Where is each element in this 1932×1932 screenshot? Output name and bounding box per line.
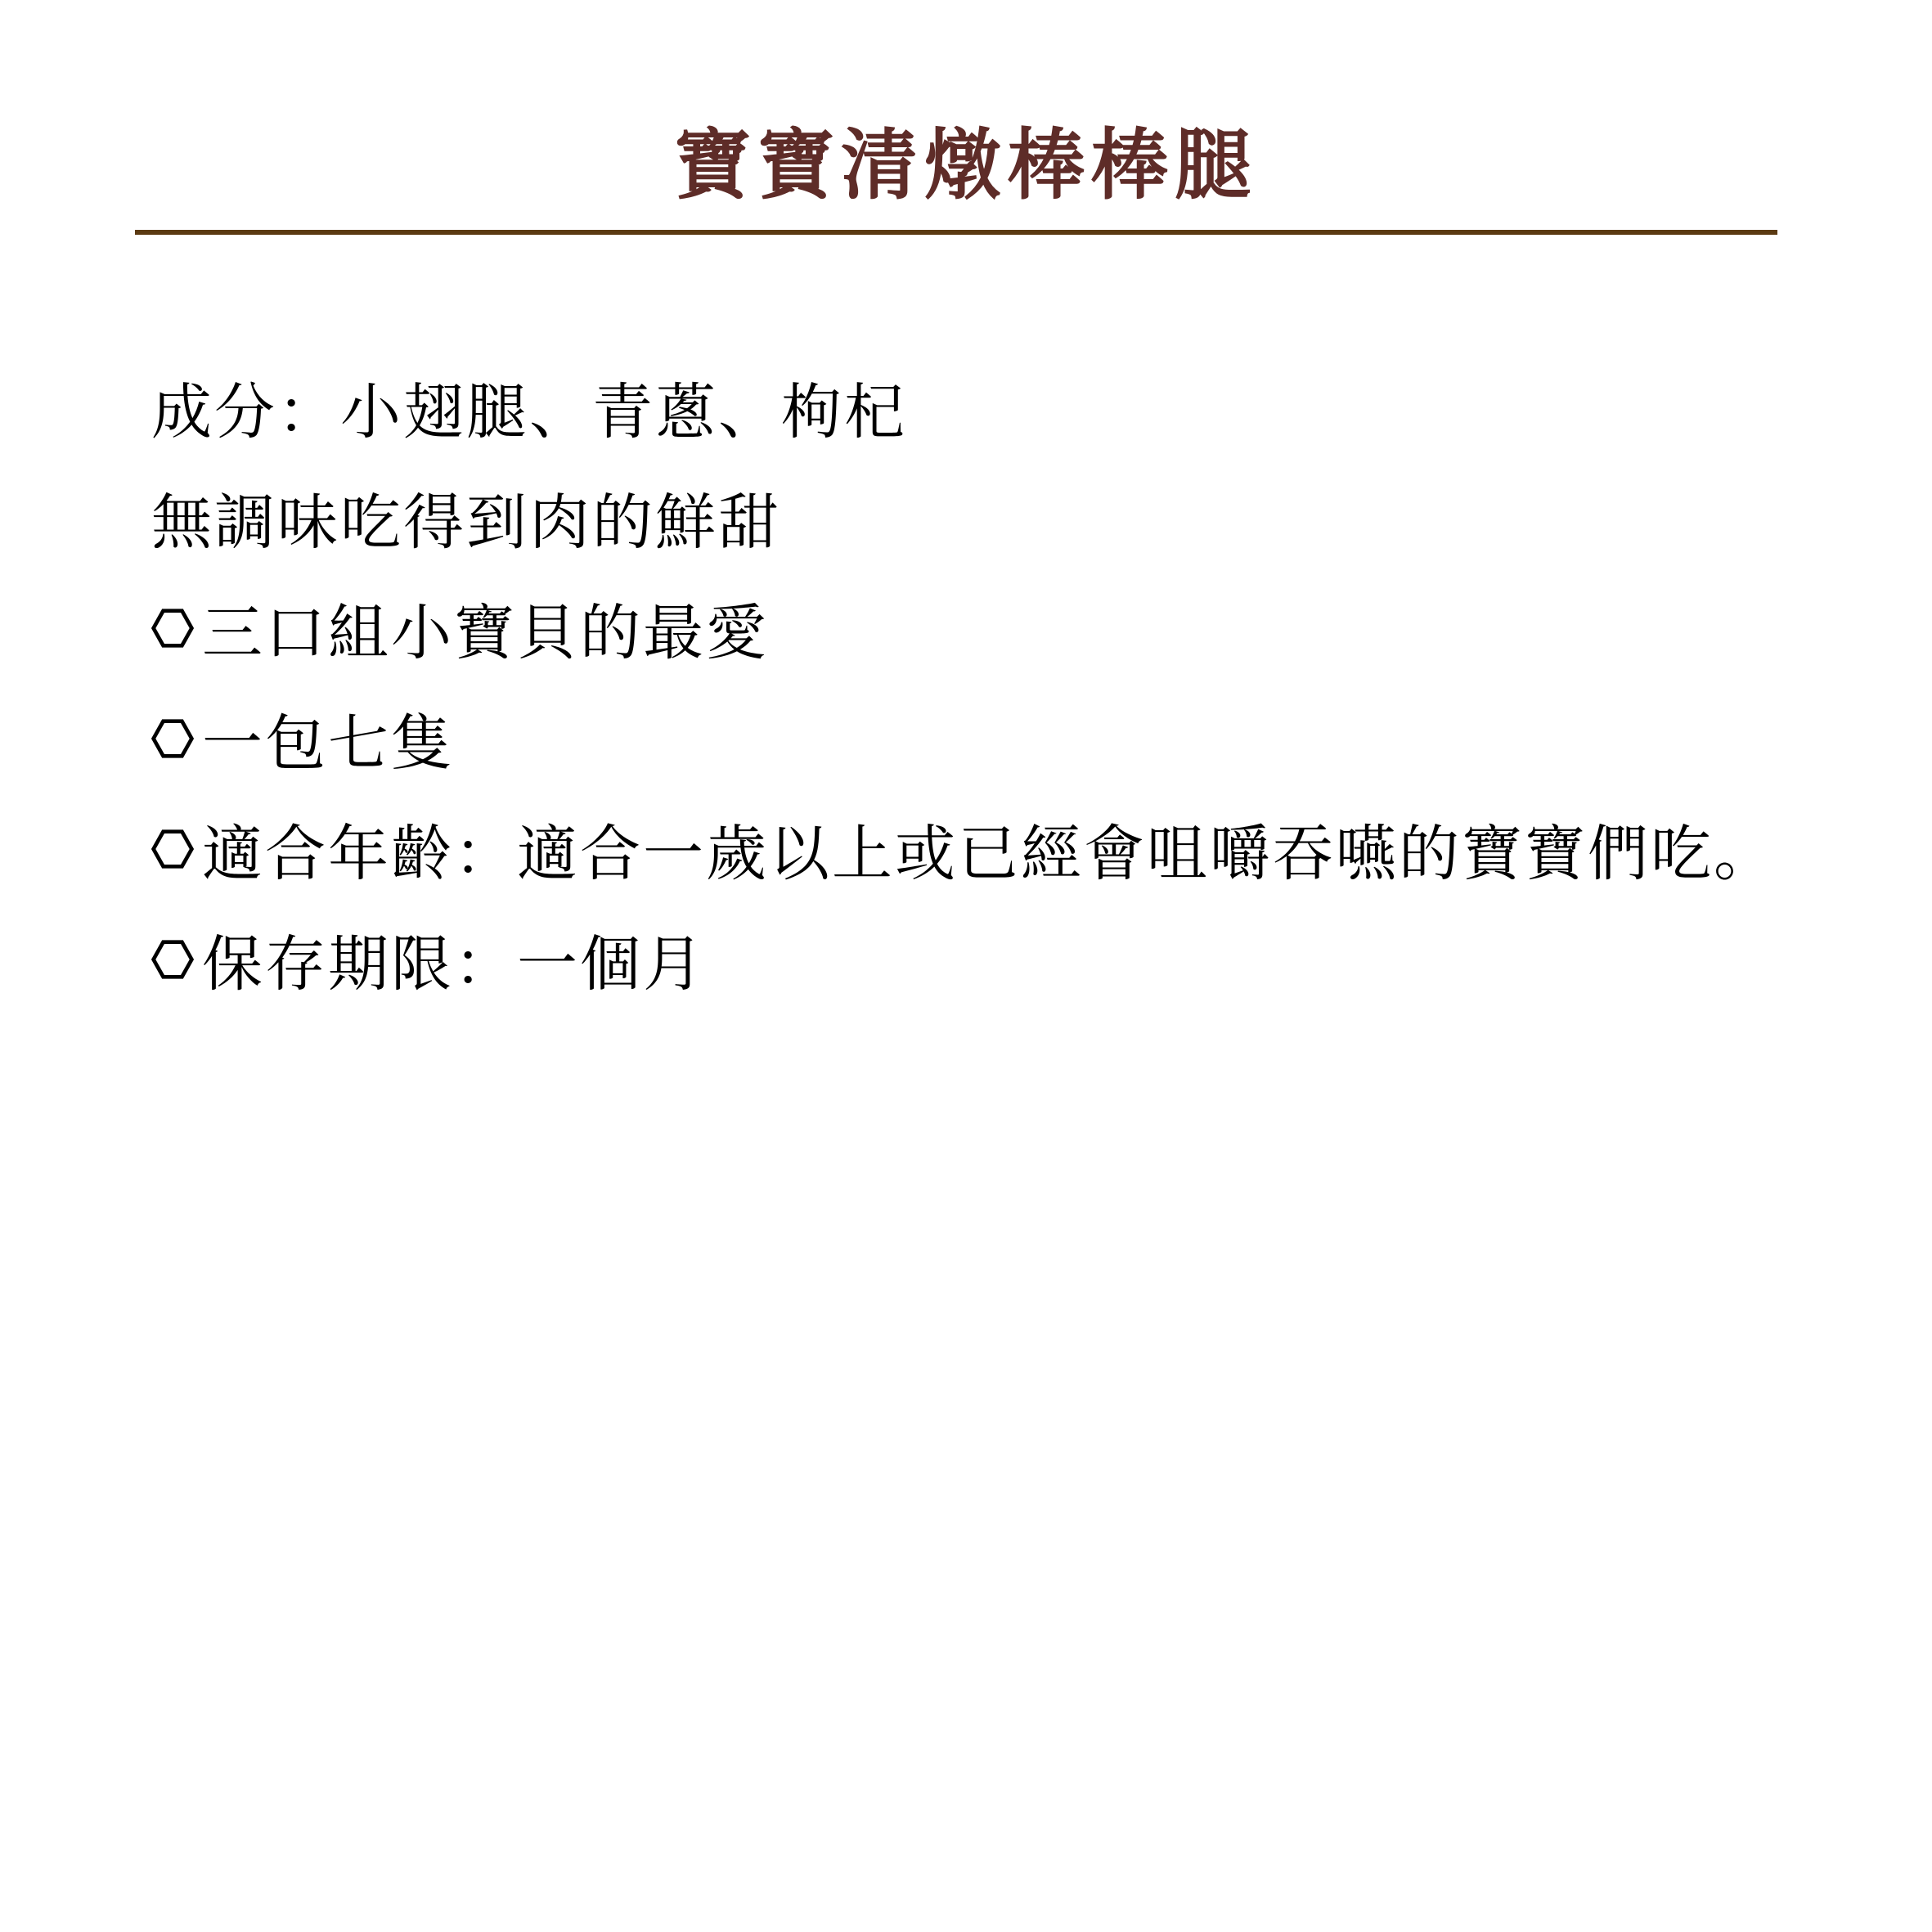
bullet-line-pack-count: 一包七隻 — [151, 683, 1869, 793]
bullet-line-suitable-age: 適合年齡：適合一歲以上或已經會咀嚼吞嚥的寶寶們吃。 — [151, 793, 1869, 904]
flavor-text: 無調味吃得到肉的鮮甜 — [151, 474, 781, 561]
bullet-line-shelf-life: 保存期限：一個月 — [151, 904, 1869, 1014]
hexagon-bullet-icon — [151, 716, 194, 762]
ingredients-text: 成分：小翅腿、青蔥、枸杞 — [151, 364, 907, 451]
favorite-text: 三口組小寶貝的最愛 — [202, 585, 769, 672]
pack-count-text: 一包七隻 — [202, 695, 454, 782]
title-divider-rule — [135, 230, 1777, 235]
document-header: 寶寶清燉棒棒腿 — [0, 0, 1932, 207]
document-body: 成分：小翅腿、青蔥、枸杞 無調味吃得到肉的鮮甜 三口組小寶貝的最愛 一包七隻 — [151, 352, 1869, 1014]
page-title: 寶寶清燉棒棒腿 — [0, 123, 1932, 207]
bullet-line-favorite: 三口組小寶貝的最愛 — [151, 573, 1869, 683]
flavor-line: 無調味吃得到肉的鮮甜 — [151, 462, 1869, 573]
shelf-life-text: 保存期限：一個月 — [202, 916, 706, 1003]
hexagon-bullet-icon — [151, 937, 194, 982]
document-page: 寶寶清燉棒棒腿 成分：小翅腿、青蔥、枸杞 無調味吃得到肉的鮮甜 三口組小寶貝的最… — [0, 0, 1932, 1932]
suitable-age-text: 適合年齡：適合一歲以上或已經會咀嚼吞嚥的寶寶們吃。 — [202, 806, 1777, 892]
hexagon-bullet-icon — [151, 605, 194, 651]
ingredients-line: 成分：小翅腿、青蔥、枸杞 — [151, 352, 1869, 462]
hexagon-bullet-icon — [151, 826, 194, 872]
